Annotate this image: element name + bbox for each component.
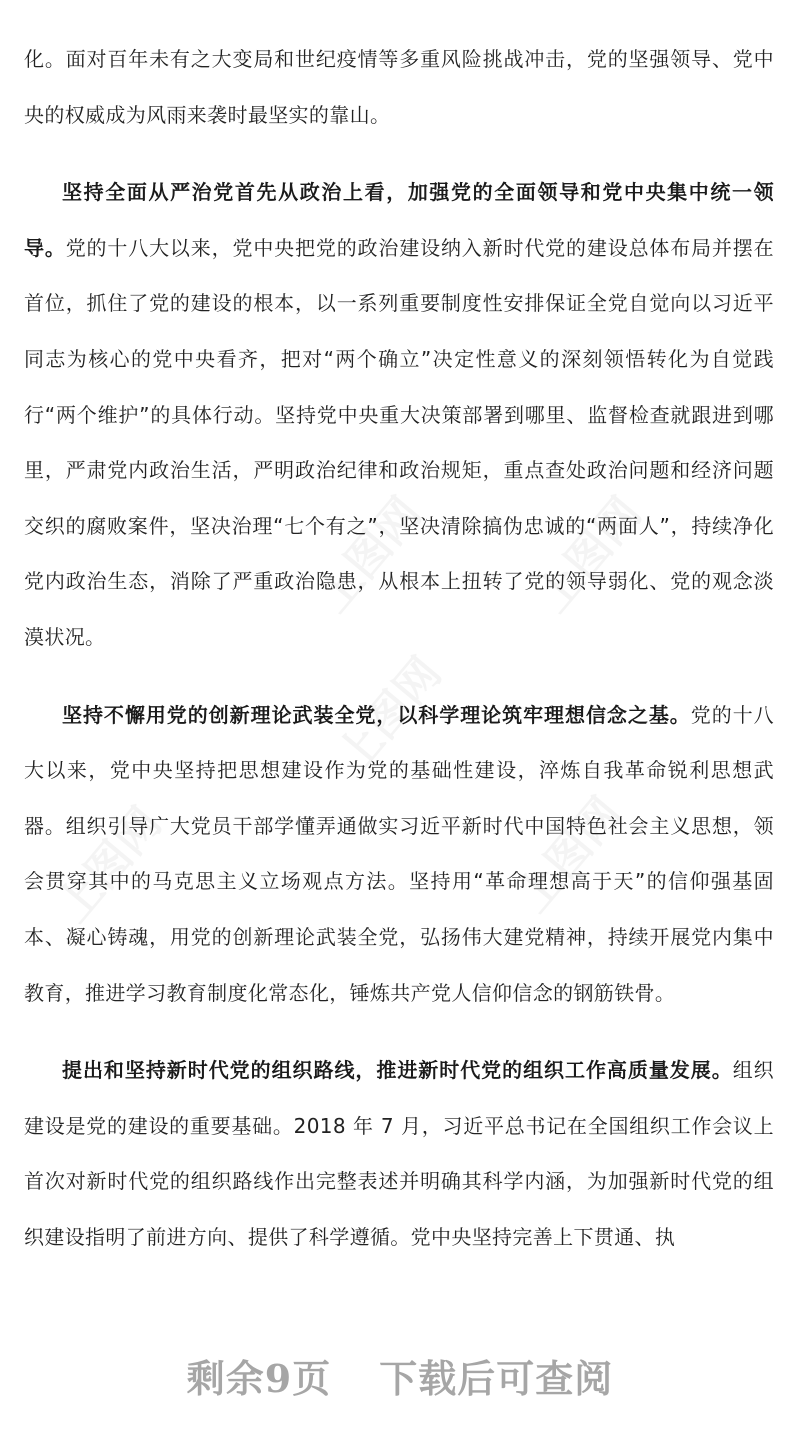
paragraph-4: 提出和坚持新时代党的组织路线，推进新时代党的组织工作高质量发展。组织建设是党的建… xyxy=(24,1043,774,1265)
paragraph-heading: 提出和坚持新时代党的组织路线，推进新时代党的组织工作高质量发展。 xyxy=(62,1058,733,1082)
download-prompt-banner[interactable]: 剩余9页下载后可查阅 xyxy=(0,1348,800,1403)
document-body: 化。面对百年未有之大变局和世纪疫情等多重风险挑战冲击，党的坚强领导、党中央的权威… xyxy=(24,32,774,1287)
remaining-pages-label: 剩余9页 xyxy=(187,1348,331,1403)
paragraph-text: 党的十八大以来，党中央坚持把思想建设作为党的基础性建设，淬炼自我革命锐利思想武器… xyxy=(24,703,774,1005)
paragraph-1: 化。面对百年未有之大变局和世纪疫情等多重风险挑战冲击，党的坚强领导、党中央的权威… xyxy=(24,32,774,143)
download-to-view-label[interactable]: 下载后可查阅 xyxy=(379,1348,613,1403)
paragraph-text: 组织建设是党的建设的重要基础。2018 年 7 月，习近平总书记在全国组织工作会… xyxy=(24,1058,774,1249)
paragraph-heading: 坚持不懈用党的创新理论武装全党，以科学理论筑牢理想信念之基。 xyxy=(62,703,691,727)
paragraph-3: 坚持不懈用党的创新理论武装全党，以科学理论筑牢理想信念之基。党的十八大以来，党中… xyxy=(24,688,774,1022)
paragraph-2: 坚持全面从严治党首先从政治上看，加强党的全面领导和党中央集中统一领导。党的十八大… xyxy=(24,165,774,665)
paragraph-text: 化。面对百年未有之大变局和世纪疫情等多重风险挑战冲击，党的坚强领导、党中央的权威… xyxy=(24,47,774,127)
paragraph-text: 党的十八大以来，党中央把党的政治建设纳入新时代党的建设总体布局并摆在首位，抓住了… xyxy=(24,236,774,649)
